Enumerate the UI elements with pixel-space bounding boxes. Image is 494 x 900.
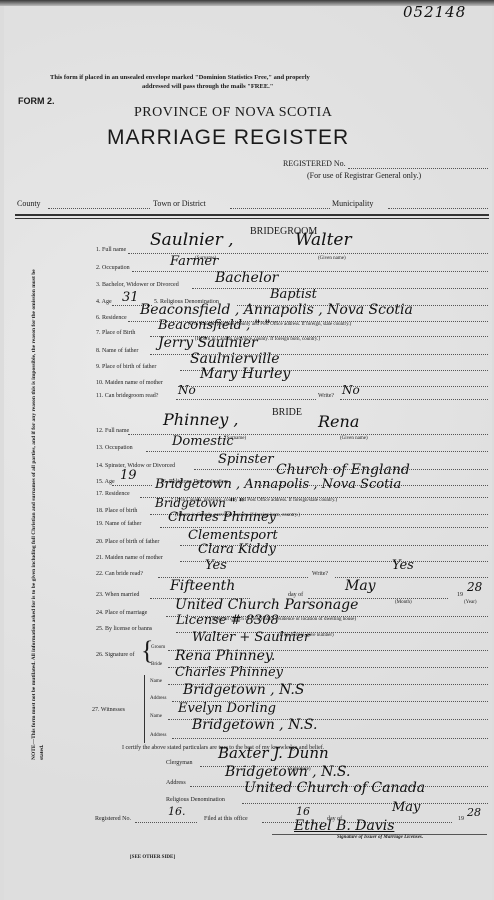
- groom-mother-line: [178, 386, 488, 387]
- issuer-label: Signature of Issuer of Marriage Licenses…: [337, 835, 423, 840]
- bride-father-birthplace: Clementsport: [188, 528, 278, 543]
- groom-can-write: No: [342, 383, 360, 397]
- witness1-name: Charles Phinney: [175, 665, 283, 680]
- groom-occupation: Farmer: [170, 254, 218, 269]
- groom-mother-label: 10. Maiden name of mother: [96, 380, 163, 386]
- bride-status: Spinster: [218, 452, 274, 467]
- groom-given-name: Walter: [295, 230, 352, 250]
- bride-occupation-line: [146, 451, 488, 452]
- groom-write-line: [340, 399, 488, 400]
- filing-registered-no-line: [135, 822, 197, 823]
- groom-read-label: 11. Can bridegroom read?: [96, 393, 158, 399]
- municipality-field: [388, 208, 488, 209]
- filed-month: May: [392, 800, 420, 815]
- registrar-note: (For use of Registrar General only.): [307, 171, 421, 180]
- bride-signature: Rena Phinney.: [175, 648, 275, 664]
- groom-father-birthplace-label: 9. Place of birth of father: [96, 364, 156, 370]
- witness2-name: Evelyn Dorling: [178, 701, 276, 716]
- mail-notice-line2: addressed will pass through the mails "F…: [142, 83, 273, 90]
- groom-read-line: [176, 399, 316, 400]
- witness2-address-label: Address: [150, 733, 166, 738]
- clergy-denomination: United Church of Canada: [244, 780, 425, 796]
- witness1-address-label: Address: [150, 696, 166, 701]
- bride-fullname-label: 12. Full name: [96, 428, 129, 434]
- province-title: PROVINCE OF NOVA SCOTIA: [134, 105, 332, 121]
- groom-surname: Saulnier ,: [150, 230, 234, 250]
- license-label: 25. By license or banns: [96, 626, 152, 632]
- form-label: FORM 2.: [18, 96, 55, 106]
- town-label: Town or District: [153, 199, 206, 208]
- filed-day: 16: [296, 805, 310, 818]
- header-divider: [15, 214, 489, 216]
- bride-read-label: 22. Can bride read?: [96, 571, 143, 577]
- given-name-hint: (Given name): [318, 256, 346, 261]
- groom-mother: Mary Hurley: [200, 366, 290, 382]
- bride-occupation-label: 13. Occupation: [96, 445, 133, 451]
- bride-father-label: 19. Name of father: [96, 521, 141, 527]
- clergy-denomination-label: Religious Denomination: [166, 797, 225, 803]
- groom-occupation-label: 2. Occupation: [96, 265, 130, 271]
- signature-label: 26. Signature of: [96, 652, 135, 658]
- witnesses-label: 27. Witnesses: [92, 707, 125, 713]
- clergy-denomination-line: [242, 803, 488, 804]
- county-label: County: [17, 199, 41, 208]
- place-of-marriage: United Church Parsonage: [175, 597, 358, 613]
- witness1-address: Bridgetown , N.S: [183, 682, 304, 698]
- groom-father: Jerry Saulnier: [158, 335, 258, 351]
- groom-status-label: 3. Bachelor, Widower or Divorced: [96, 282, 179, 288]
- bride-sig-label: Bride: [151, 662, 162, 667]
- when-married-label: 23. When married: [96, 592, 139, 598]
- bride-surname: Phinney ,: [163, 410, 238, 429]
- county-field: [48, 208, 150, 209]
- filed-label: Filed at this office: [204, 816, 248, 822]
- municipality-label: Municipality: [332, 199, 373, 208]
- mail-notice-line1: This form if placed in an unsealed envel…: [50, 74, 310, 81]
- groom-birthplace: Beaconsfield , " ": [158, 318, 270, 333]
- filed-year-prefix: 19: [458, 816, 464, 822]
- bride-mother-label: 21. Maiden name of mother: [96, 555, 163, 561]
- groom-status: Bachelor: [215, 270, 278, 286]
- groom-status-line: [192, 288, 488, 289]
- registered-no-field: [348, 168, 488, 169]
- issuer-signature: Ethel B. Davis: [294, 818, 394, 834]
- groom-write-label: Write?: [318, 393, 334, 399]
- serial-number: 052148: [403, 3, 466, 21]
- bride-birthplace-label: 18. Place of birth: [96, 508, 137, 514]
- place-of-marriage-label: 24. Place of marriage: [96, 610, 147, 616]
- bride-given-name-hint: (Given name): [340, 436, 368, 441]
- bride-father-birthplace-label: 20. Place of birth of father: [96, 539, 159, 545]
- signature-brace: {: [141, 638, 153, 664]
- filed-year: 28: [467, 806, 481, 819]
- filing-registered-no-label: Registered No.: [95, 816, 131, 822]
- bride-residence: Bridgetown , Annapolis , Nova Scotia: [155, 477, 401, 492]
- groom-age-label: 4. Age: [96, 299, 112, 305]
- marriage-year: 28: [467, 580, 482, 594]
- year-prefix: 19: [457, 592, 463, 598]
- marriage-month: May: [345, 578, 376, 594]
- license-number: License # 8308: [176, 613, 279, 628]
- marriage-day: Fifteenth: [170, 578, 235, 594]
- groom-father-label: 8. Name of father: [96, 348, 138, 354]
- witness2-address: Bridgetown , N.S.: [192, 717, 317, 733]
- clergyman-address-label: Address: [166, 780, 186, 786]
- witness2-name-label: Name: [150, 714, 162, 719]
- bride-mother: Clara Kiddy: [198, 542, 276, 557]
- bride-can-read: Yes: [205, 558, 227, 573]
- town-field: [230, 208, 330, 209]
- bride-occupation: Domestic: [172, 434, 234, 449]
- witnesses-bracket: [144, 675, 145, 743]
- clergyman-label: Clergyman: [166, 760, 193, 766]
- bride-residence-label: 17. Residence: [96, 491, 130, 497]
- see-other-side: [SEE OTHER SIDE]: [130, 855, 175, 860]
- year-hint: (Year): [464, 600, 477, 605]
- bride-father: Charles Phinney: [168, 510, 276, 525]
- bride-denomination: Church of England: [276, 462, 410, 478]
- side-note: NOTE—This form must not be mutilated. Al…: [30, 260, 46, 760]
- groom-fullname-label: 1. Full name: [96, 247, 126, 253]
- groom-can-read: No: [178, 383, 196, 397]
- bride-birthplace: Bridgetown " ": [155, 496, 245, 510]
- clergyman-signature: Baxter J. Dunn: [218, 744, 329, 762]
- registered-no-label: REGISTERED No.: [283, 159, 346, 168]
- page-title: MARRIAGE REGISTER: [107, 126, 349, 150]
- bride-heading: BRIDE: [272, 407, 302, 418]
- bride-write-label: Write?: [312, 571, 328, 577]
- header-divider-thin: [15, 218, 489, 219]
- bride-can-write: Yes: [392, 558, 414, 573]
- groom-signature: Walter + Saulnier: [192, 630, 310, 645]
- month-hint: (Month): [395, 600, 412, 605]
- bride-age-line: [112, 485, 152, 486]
- clergyman-address: Bridgetown , N.S.: [225, 764, 350, 780]
- groom-residence: Beaconsfield , Annapolis , Nova Scotia: [140, 302, 413, 318]
- witness2-address-line: [172, 738, 488, 739]
- witness1-name-label: Name: [150, 679, 162, 684]
- groom-occupation-line: [132, 271, 488, 272]
- groom-residence-label: 6. Residence: [96, 315, 127, 321]
- groom-denomination: Baptist: [270, 287, 317, 302]
- bride-given-name: Rena: [318, 412, 359, 431]
- groom-father-birthplace: Saulnierville: [190, 351, 280, 367]
- groom-sig-label: Groom: [151, 645, 165, 650]
- filing-registered-no: 16.: [168, 805, 186, 818]
- groom-age: 31: [122, 290, 139, 305]
- groom-birthplace-label: 7. Place of Birth: [96, 330, 135, 336]
- bride-age: 19: [120, 468, 137, 483]
